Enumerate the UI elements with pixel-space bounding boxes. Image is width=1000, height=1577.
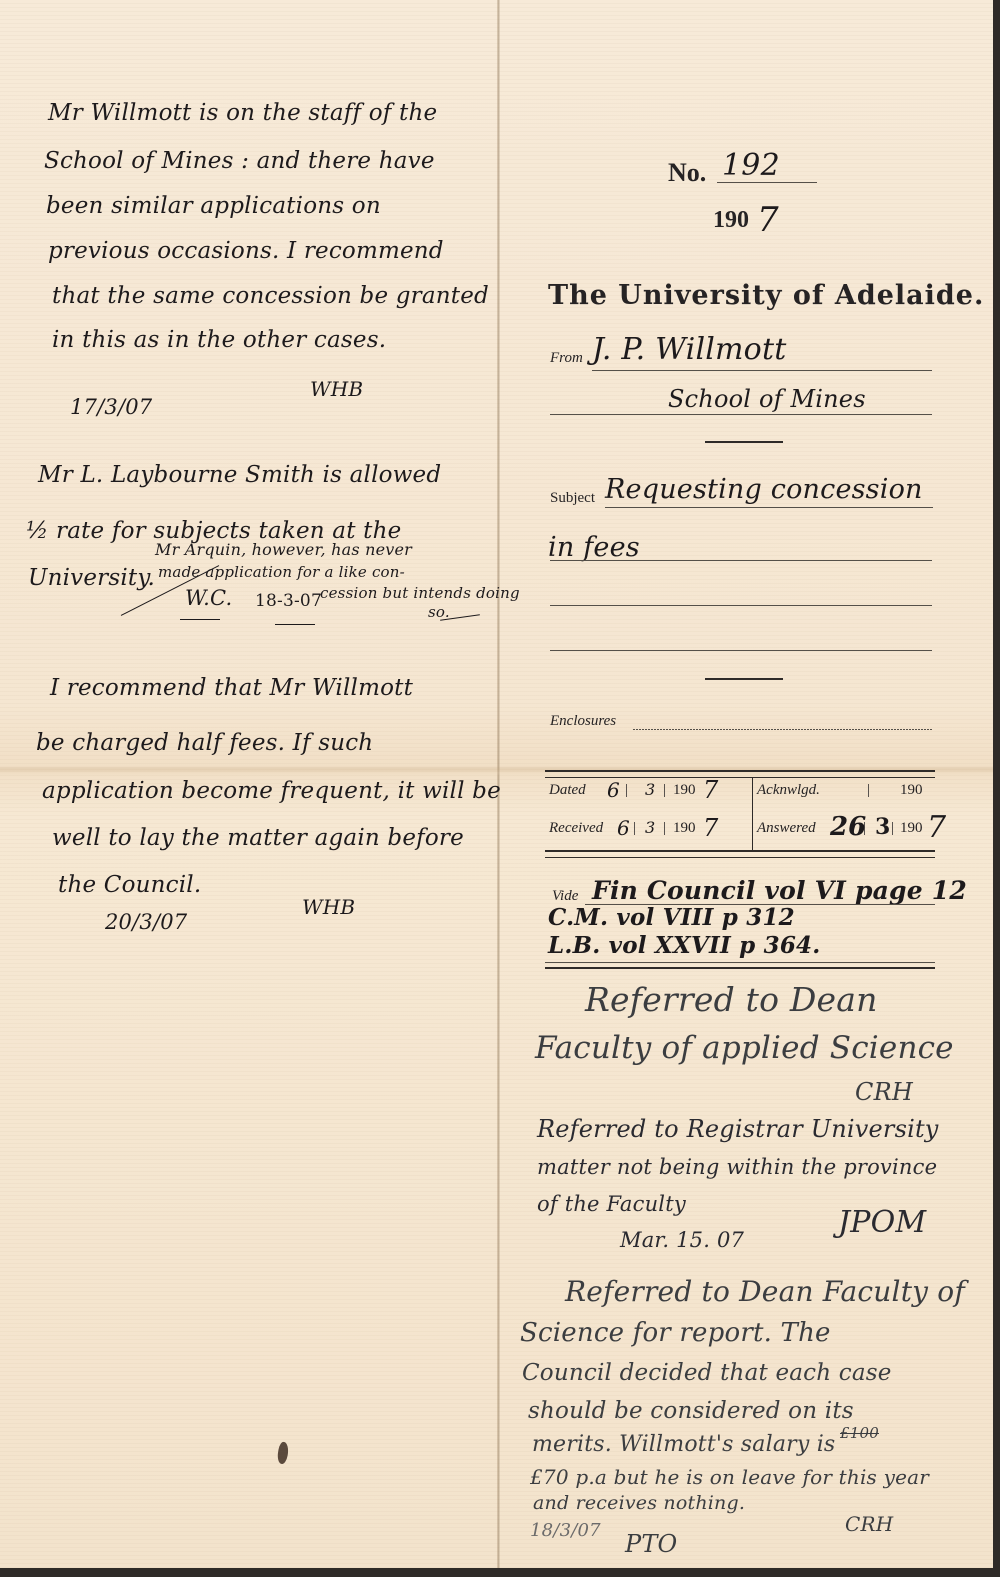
subject-line xyxy=(605,507,933,508)
ledger-bottom-rule xyxy=(545,850,935,858)
vide-label: Vide xyxy=(552,888,578,905)
answered-label: Answered xyxy=(757,820,816,837)
note1-line: been similar applications on xyxy=(46,193,381,219)
referral3-line: and receives nothing. xyxy=(533,1492,745,1514)
vide-bottom-rule xyxy=(545,962,935,963)
subject-line xyxy=(550,560,932,561)
received-label: Received xyxy=(549,820,603,837)
note1-line: that the same concession be granted xyxy=(52,283,489,309)
note1-initials: WHB xyxy=(310,377,363,401)
referral2-line: of the Faculty xyxy=(537,1192,686,1216)
referral2-line: Referred to Registrar University xyxy=(537,1115,939,1143)
number-underline xyxy=(717,182,817,183)
vide-ref: L.B. vol XXVII p 364. xyxy=(548,932,820,959)
subject-line xyxy=(550,650,932,651)
note2-insert-line: cession but intends doing xyxy=(320,584,520,602)
year-handwritten: 7 xyxy=(757,200,779,240)
enclosures-line xyxy=(633,729,933,730)
note3-date: 20/3/07 xyxy=(105,910,187,934)
received-year-hand: 7 xyxy=(703,814,718,842)
note3-line: be charged half fees. If such xyxy=(36,730,373,756)
subject-label: Subject xyxy=(550,490,595,507)
note1-line: School of Mines : and there have xyxy=(44,148,435,174)
separator-dash xyxy=(705,678,783,680)
referral3-line: should be considered on its xyxy=(528,1398,854,1424)
note3-line: the Council. xyxy=(58,872,201,898)
year-printed: 190 xyxy=(713,207,749,234)
answered-year-printed: 190 xyxy=(900,820,923,837)
note3-initials: WHB xyxy=(302,895,355,919)
note1-date: 17/3/07 xyxy=(70,395,152,419)
referral3-line: £70 p.a but he is on leave for this year xyxy=(530,1465,929,1489)
underline-mark xyxy=(180,619,220,620)
subject-text-2: in fees xyxy=(548,532,640,563)
note3-line: I recommend that Mr Willmott xyxy=(50,675,413,701)
note1-line: in this as in the other cases. xyxy=(52,327,386,353)
referral3-line: Science for report. The xyxy=(520,1318,831,1348)
ledger-top-rule xyxy=(545,770,935,778)
note1-line: previous occasions. I recommend xyxy=(48,238,444,264)
answered-month: 3 xyxy=(875,814,890,840)
referral3-initials: CRH xyxy=(845,1512,893,1536)
referral3-struck-word: £100 xyxy=(840,1424,879,1442)
subject-line xyxy=(550,605,932,606)
referral2-line: matter not being within the province xyxy=(537,1155,937,1179)
acknowledged-year-printed: 190 xyxy=(900,782,923,799)
answered-year-hand: 7 xyxy=(927,810,946,845)
referral3-line: Referred to Dean Faculty of xyxy=(565,1275,965,1308)
underline-mark xyxy=(275,624,315,625)
received-month: 3 xyxy=(645,818,655,837)
dated-year-hand: 7 xyxy=(703,776,718,804)
vide-bottom-rule xyxy=(545,967,935,969)
please-turn-over-mark: PTO xyxy=(625,1530,677,1558)
note2-insert-line: Mr Arquin, however, has never xyxy=(155,540,412,559)
referral3-line: Council decided that each case xyxy=(522,1360,892,1386)
note2-initials: W.C. xyxy=(185,586,232,610)
ledger-divider xyxy=(752,778,753,850)
vide-ref: Fin Council vol VI page 12 xyxy=(592,876,967,905)
vide-ref: C.M. vol VIII p 312 xyxy=(548,904,795,931)
note2-date: 18-3-07 xyxy=(255,591,322,611)
referral1-line: Faculty of applied Science xyxy=(535,1030,954,1066)
referral1-line: Referred to Dean xyxy=(585,980,878,1019)
date-ledger-table: Dated 6 | 3 | 190 7 Acknwlgd. | 190 Rece… xyxy=(545,770,935,856)
from-institution: School of Mines xyxy=(668,385,866,413)
received-day: 6 xyxy=(617,816,630,840)
from-name: J. P. Willmott xyxy=(592,332,786,367)
note1-line: Mr Willmott is on the staff of the xyxy=(48,100,437,126)
dated-year-printed: 190 xyxy=(673,782,696,799)
separator-dash xyxy=(705,441,783,443)
referral3-date: 18/3/07 xyxy=(530,1520,601,1541)
institution-title: The University of Adelaide. xyxy=(548,280,984,311)
referral2-date: Mar. 15. 07 xyxy=(620,1228,744,1252)
received-year-printed: 190 xyxy=(673,820,696,837)
from-line xyxy=(550,414,932,415)
subject-text-1: Requesting concession xyxy=(605,474,923,505)
number-label: No. xyxy=(668,158,706,188)
referral2-signature: JPOM xyxy=(838,1205,926,1240)
referral1-initials: CRH xyxy=(855,1078,913,1106)
note3-line: application become frequent, it will be xyxy=(42,778,501,804)
dated-month: 3 xyxy=(645,780,655,799)
referral3-line: merits. Willmott's salary is xyxy=(532,1432,835,1457)
note2-line: University. xyxy=(28,565,155,591)
dated-label: Dated xyxy=(549,782,586,799)
enclosures-label: Enclosures xyxy=(550,713,616,730)
note2-line: Mr L. Laybourne Smith is allowed xyxy=(38,462,441,488)
from-line xyxy=(592,370,932,371)
document-sheet: Mr Willmott is on the staff of the Schoo… xyxy=(0,0,993,1568)
from-label: From xyxy=(550,350,583,367)
ink-stain xyxy=(276,1441,290,1464)
answered-day: 26 xyxy=(830,812,866,842)
note3-line: well to lay the matter again before xyxy=(52,825,464,851)
number-value: 192 xyxy=(722,148,780,183)
dated-day: 6 xyxy=(607,778,620,802)
acknowledged-label: Acknwlgd. xyxy=(757,782,820,799)
